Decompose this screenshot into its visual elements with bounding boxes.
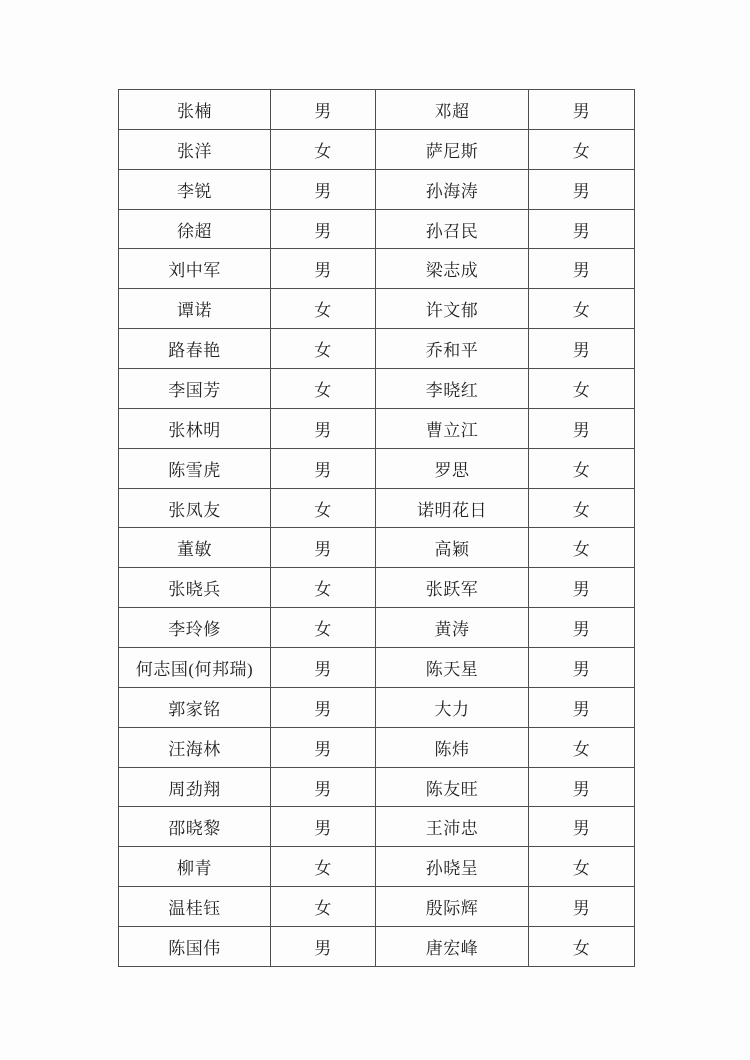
gender-cell-right: 男: [529, 249, 635, 289]
name-cell-right: 罗思: [376, 448, 529, 488]
table-row: 刘中军男梁志成男: [119, 249, 635, 289]
gender-cell-left: 女: [271, 289, 376, 329]
gender-cell-left: 女: [271, 329, 376, 369]
gender-cell-right: 男: [529, 767, 635, 807]
document-page: 张楠男邓超男张洋女萨尼斯女李锐男孙海涛男徐超男孙召民男刘中军男梁志成男谭诺女许文…: [0, 0, 750, 1060]
name-cell-right: 曹立江: [376, 408, 529, 448]
name-cell-left: 李玲修: [119, 608, 271, 648]
table-row: 柳青女孙晓呈女: [119, 847, 635, 887]
table-row: 何志国(何邦瑞)男陈天星男: [119, 648, 635, 688]
gender-cell-left: 男: [271, 408, 376, 448]
table-row: 张林明男曹立江男: [119, 408, 635, 448]
gender-cell-right: 男: [529, 408, 635, 448]
gender-cell-right: 女: [529, 129, 635, 169]
name-cell-left: 郭家铭: [119, 687, 271, 727]
table-row: 李锐男孙海涛男: [119, 169, 635, 209]
name-cell-left: 何志国(何邦瑞): [119, 648, 271, 688]
gender-cell-left: 男: [271, 927, 376, 967]
name-cell-right: 殷际辉: [376, 887, 529, 927]
gender-cell-left: 男: [271, 767, 376, 807]
name-cell-right: 陈炜: [376, 727, 529, 767]
gender-cell-right: 女: [529, 727, 635, 767]
name-cell-left: 张凤友: [119, 488, 271, 528]
gender-cell-left: 男: [271, 90, 376, 130]
table-row: 张凤友女诺明花日女: [119, 488, 635, 528]
name-cell-left: 汪海林: [119, 727, 271, 767]
table-row: 李国芳女李晓红女: [119, 369, 635, 409]
gender-cell-right: 男: [529, 209, 635, 249]
gender-cell-left: 男: [271, 807, 376, 847]
gender-cell-left: 女: [271, 369, 376, 409]
name-cell-left: 路春艳: [119, 329, 271, 369]
gender-cell-right: 男: [529, 90, 635, 130]
name-cell-right: 唐宏峰: [376, 927, 529, 967]
name-cell-right: 黄涛: [376, 608, 529, 648]
table-row: 谭诺女许文郁女: [119, 289, 635, 329]
table-row: 张晓兵女张跃军男: [119, 568, 635, 608]
gender-cell-right: 女: [529, 289, 635, 329]
name-cell-right: 梁志成: [376, 249, 529, 289]
name-cell-right: 许文郁: [376, 289, 529, 329]
gender-cell-left: 男: [271, 687, 376, 727]
table-row: 徐超男孙召民男: [119, 209, 635, 249]
gender-cell-left: 女: [271, 608, 376, 648]
name-cell-right: 孙晓呈: [376, 847, 529, 887]
table-row: 汪海林男陈炜女: [119, 727, 635, 767]
gender-cell-left: 男: [271, 727, 376, 767]
gender-cell-left: 男: [271, 249, 376, 289]
name-cell-left: 周劲翔: [119, 767, 271, 807]
gender-cell-right: 男: [529, 608, 635, 648]
name-cell-right: 孙海涛: [376, 169, 529, 209]
table-row: 张楠男邓超男: [119, 90, 635, 130]
name-cell-left: 张晓兵: [119, 568, 271, 608]
gender-cell-left: 女: [271, 488, 376, 528]
name-cell-left: 邵晓黎: [119, 807, 271, 847]
name-cell-right: 大力: [376, 687, 529, 727]
gender-cell-right: 女: [529, 369, 635, 409]
name-cell-left: 张林明: [119, 408, 271, 448]
name-cell-left: 张楠: [119, 90, 271, 130]
gender-cell-right: 女: [529, 847, 635, 887]
name-cell-left: 陈雪虎: [119, 448, 271, 488]
gender-cell-right: 男: [529, 169, 635, 209]
name-cell-left: 刘中军: [119, 249, 271, 289]
gender-cell-left: 女: [271, 129, 376, 169]
table-row: 陈雪虎男罗思女: [119, 448, 635, 488]
name-cell-left: 谭诺: [119, 289, 271, 329]
name-cell-left: 温桂钰: [119, 887, 271, 927]
name-cell-right: 乔和平: [376, 329, 529, 369]
roster-table: 张楠男邓超男张洋女萨尼斯女李锐男孙海涛男徐超男孙召民男刘中军男梁志成男谭诺女许文…: [118, 89, 635, 967]
gender-cell-right: 男: [529, 568, 635, 608]
table-row: 周劲翔男陈友旺男: [119, 767, 635, 807]
gender-cell-right: 女: [529, 488, 635, 528]
table-row: 李玲修女黄涛男: [119, 608, 635, 648]
table-row: 陈国伟男唐宏峰女: [119, 927, 635, 967]
gender-cell-right: 女: [529, 528, 635, 568]
gender-cell-left: 女: [271, 887, 376, 927]
gender-cell-left: 男: [271, 209, 376, 249]
table-row: 张洋女萨尼斯女: [119, 129, 635, 169]
name-cell-right: 张跃军: [376, 568, 529, 608]
name-cell-right: 邓超: [376, 90, 529, 130]
gender-cell-right: 男: [529, 807, 635, 847]
name-cell-left: 张洋: [119, 129, 271, 169]
table-row: 邵晓黎男王沛忠男: [119, 807, 635, 847]
name-cell-right: 李晓红: [376, 369, 529, 409]
name-cell-right: 萨尼斯: [376, 129, 529, 169]
name-cell-left: 董敏: [119, 528, 271, 568]
name-cell-right: 陈天星: [376, 648, 529, 688]
name-cell-right: 诺明花日: [376, 488, 529, 528]
name-cell-left: 李锐: [119, 169, 271, 209]
gender-cell-right: 男: [529, 887, 635, 927]
table-row: 温桂钰女殷际辉男: [119, 887, 635, 927]
gender-cell-left: 男: [271, 528, 376, 568]
name-cell-right: 王沛忠: [376, 807, 529, 847]
gender-cell-left: 男: [271, 169, 376, 209]
gender-cell-right: 男: [529, 329, 635, 369]
roster-body: 张楠男邓超男张洋女萨尼斯女李锐男孙海涛男徐超男孙召民男刘中军男梁志成男谭诺女许文…: [119, 90, 635, 967]
name-cell-left: 陈国伟: [119, 927, 271, 967]
name-cell-left: 徐超: [119, 209, 271, 249]
gender-cell-left: 男: [271, 648, 376, 688]
gender-cell-right: 女: [529, 448, 635, 488]
name-cell-right: 孙召民: [376, 209, 529, 249]
table-row: 路春艳女乔和平男: [119, 329, 635, 369]
table-row: 郭家铭男大力男: [119, 687, 635, 727]
name-cell-left: 柳青: [119, 847, 271, 887]
name-cell-left: 李国芳: [119, 369, 271, 409]
name-cell-right: 陈友旺: [376, 767, 529, 807]
gender-cell-left: 女: [271, 847, 376, 887]
gender-cell-left: 男: [271, 448, 376, 488]
gender-cell-left: 女: [271, 568, 376, 608]
gender-cell-right: 男: [529, 648, 635, 688]
gender-cell-right: 男: [529, 687, 635, 727]
name-cell-right: 高颖: [376, 528, 529, 568]
gender-cell-right: 女: [529, 927, 635, 967]
table-row: 董敏男高颖女: [119, 528, 635, 568]
